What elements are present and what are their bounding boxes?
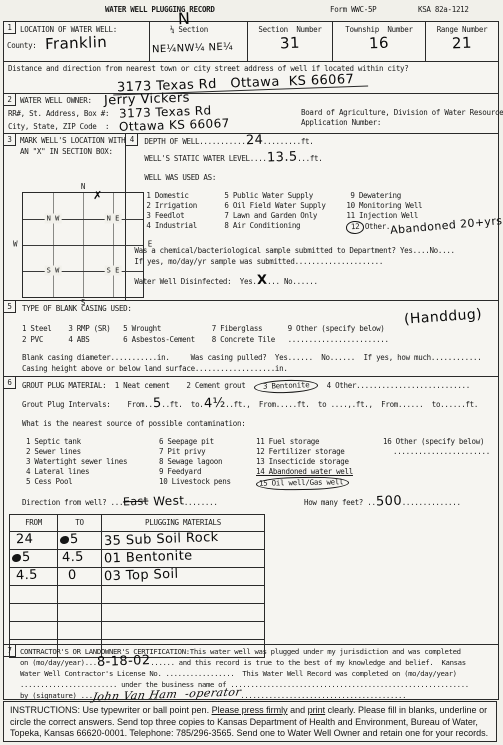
quarter-section-label: ¼ Section <box>150 22 247 35</box>
certification-line-4: ........................ under the busin… <box>4 679 498 690</box>
intervals-label-mid: ..ft. to. <box>161 400 203 409</box>
section6-badge: 6 <box>4 377 16 389</box>
col-header-materials: PLUGGING MATERIALS <box>102 515 265 532</box>
from-cell <box>10 604 58 622</box>
grout-material-label: GROUT PLUG MATERIAL: 1 Neat cement 2 Cem… <box>22 381 254 390</box>
county-field: Franklin <box>45 37 107 49</box>
use-option: 10 Monitoring Well <box>346 201 502 211</box>
section3-badge: 3 <box>4 134 16 146</box>
to-cell: 5 <box>70 534 79 544</box>
casing-options-row-2: 2 PVC 4 ABS 6 Asbestos-Cement 8 Concrete… <box>4 334 498 345</box>
table-row: 5 4.5 01 Bentonite <box>10 550 265 568</box>
section-row-3-4: 3 MARK WELL'S LOCATION WITH AN "X" IN SE… <box>4 133 498 300</box>
contamination-option: 11 Fuel storage <box>256 437 383 447</box>
form-statute: KSA 82a-1212 <box>418 5 469 15</box>
quarter-section-field: NE¼NW¼ NE¼ <box>152 43 234 56</box>
township-number-field: 16 <box>369 38 389 49</box>
contamination-option: 8 Sewage lagoon <box>159 457 256 467</box>
table-row: 24 5 35 Sub Soil Rock <box>10 532 265 550</box>
grout-bentonite-circled: 3 Bentonite <box>254 379 319 394</box>
direction-struck-entry: East <box>123 497 149 508</box>
materials-cell: 01 Bentonite <box>104 551 193 564</box>
board-of-agriculture-label: Board of Agriculture, Division of Water … <box>301 108 503 118</box>
contamination-option: 4 Lateral lines <box>26 467 159 477</box>
uses-column-2: 5 Public Water Supply 6 Oil Field Water … <box>224 191 346 234</box>
disinfected-label-2: ... No...... <box>267 277 318 286</box>
casing-other-field: (Handdug) <box>404 309 483 324</box>
contamination-column-4: 16 Other (specify below) ...............… <box>383 437 498 490</box>
city-state-zip-label: City, State, ZIP Code : <box>8 122 109 131</box>
table-row: 4.5 0 03 Top Soil <box>10 568 265 586</box>
materials-cell: 03 Top Soil <box>104 569 179 582</box>
instructions-underlined-print: print <box>308 705 326 715</box>
form-body: 1 LOCATION OF WATER WELL: County: Frankl… <box>3 21 499 700</box>
materials-cell <box>102 622 265 640</box>
section1-badge: 1 <box>4 22 16 34</box>
disinfected-label: Water Well Disinfected: Yes. <box>134 277 256 286</box>
certification-line-3: Water Well Contractor's License No. ....… <box>4 668 498 679</box>
how-many-feet-field: 500 <box>376 497 402 508</box>
section-location: 1 LOCATION OF WATER WELL: County: Frankl… <box>4 22 498 93</box>
contamination-option: 3 Watertight sewer lines <box>26 457 159 467</box>
uses-column-3: 9 Dewatering 10 Monitoring Well 11 Injec… <box>346 191 502 234</box>
to-cell <box>58 622 102 640</box>
plugging-table-header-row: FROM TO PLUGGING MATERIALS <box>10 515 265 532</box>
certification-line-2: ...... and this record is true to the be… <box>150 658 465 667</box>
mark-location-label-1: MARK WELL'S LOCATION WITH <box>4 134 125 146</box>
contamination-other-label: 16 Other (specify below) <box>383 437 498 447</box>
city-state-zip-field: Ottawa KS 66067 <box>119 118 230 132</box>
section4-badge: 4 <box>126 134 138 146</box>
disinfected-yes-x-mark: X <box>256 276 267 286</box>
application-number-label: Application Number: <box>301 118 381 128</box>
to-cell: 0 <box>68 570 77 580</box>
to-cell <box>58 586 102 604</box>
how-many-feet-label: How many feet? .. <box>304 498 376 507</box>
casing-height-line: Casing height above or below land surfac… <box>4 363 498 374</box>
from-cell: 5 <box>22 552 31 562</box>
address-label: RR#, St. Address, Box #: <box>8 109 109 118</box>
section7-badge: 7 <box>4 645 16 657</box>
use-option-12-circled: 12 <box>346 221 365 235</box>
contamination-option: 1 Septic tank <box>26 437 159 447</box>
feet-dots: .............. <box>402 498 461 507</box>
contamination-other-dots: ....................... <box>383 447 498 457</box>
from-cell <box>10 622 58 640</box>
quadrant-ne-label: N E <box>105 214 122 224</box>
col-header-to: TO <box>58 515 102 532</box>
from-cell <box>10 586 58 604</box>
table-row <box>10 622 265 640</box>
static-level-units: ...ft. <box>297 154 322 163</box>
depth-units: .........ft. <box>263 137 314 146</box>
section-grout-plug: 6 GROUT PLUG MATERIAL: 1 Neat cement 2 C… <box>4 376 498 644</box>
materials-cell: 35 Sub Soil Rock <box>104 533 219 547</box>
contamination-option: 12 Fertilizer storage <box>256 447 383 457</box>
use-option: 3 Feedlot <box>146 211 224 221</box>
mark-location-label-2: AN "X" IN SECTION BOX: <box>4 146 125 157</box>
section-mark-location: 3 MARK WELL'S LOCATION WITH AN "X" IN SE… <box>4 134 126 300</box>
interval-from-field: 5 <box>153 399 162 409</box>
certification-line-1: CONTRACTOR'S OR LANDOWNER'S CERTIFICATIO… <box>4 645 498 657</box>
section-blank-casing: 5 TYPE OF BLANK CASING USED: 1 Steel 3 R… <box>4 300 498 376</box>
contamination-option-15-circled: 15 Oil well/Gas well <box>256 476 350 491</box>
depth-field: 24 <box>245 136 263 147</box>
col-header-from: FROM <box>10 515 58 532</box>
plugging-table: FROM TO PLUGGING MATERIALS 24 5 35 Sub S… <box>9 514 265 658</box>
depth-label: DEPTH OF WELL........... <box>144 137 245 146</box>
section2-badge: 2 <box>4 94 16 106</box>
from-cell: 4.5 <box>16 570 38 581</box>
chem-sample-question-2: If yes, mo/day/yr sample was submitted..… <box>126 256 502 267</box>
quadrant-se-label: S E <box>105 266 122 276</box>
static-level-field: 13.5 <box>266 152 297 163</box>
instructions-text: INSTRUCTIONS: Use typewriter or ball poi… <box>10 705 212 715</box>
contamination-option: 13 Insecticide storage <box>256 457 383 467</box>
certification-date-label: on (mo/day/year)... <box>20 658 97 667</box>
completed-date-field: 8-18-02 <box>97 656 151 668</box>
to-cell <box>58 604 102 622</box>
ink-scribble <box>60 536 69 544</box>
signature-dots: ........................................… <box>240 691 406 700</box>
use-option: 2 Irrigation <box>146 201 224 211</box>
table-row <box>10 604 265 622</box>
table-row <box>10 586 265 604</box>
to-cell: 4.5 <box>62 552 84 563</box>
form-title: WATER WELL PLUGGING RECORD <box>105 5 215 15</box>
intervals-label: Grout Plug Intervals: From.. <box>22 400 153 409</box>
quadrant-nw-label: N W <box>45 214 62 224</box>
contamination-column-2: 6 Seepage pit 7 Pit privy 8 Sewage lagoo… <box>159 437 256 490</box>
signature-label: by (signature) ... <box>20 691 93 700</box>
contamination-option: 10 Livestock pens <box>159 477 256 487</box>
use-option: 6 Oil Field Water Supply <box>224 201 346 211</box>
use-option: 1 Domestic <box>146 191 224 201</box>
form-number: Form WWC-5P <box>330 5 376 15</box>
use-option: 9 Dewatering <box>346 191 502 201</box>
contamination-option: 7 Pit privy <box>159 447 256 457</box>
section-well-details: 4 DEPTH OF WELL...........24.........ft.… <box>126 134 502 300</box>
instructions-box: INSTRUCTIONS: Use typewriter or ball poi… <box>3 701 497 742</box>
compass-west-label: W <box>13 240 17 250</box>
from-cell: 24 <box>16 534 34 545</box>
owner-label: WATER WELL OWNER: <box>20 96 92 105</box>
well-location-x-mark: ✗ <box>92 191 102 201</box>
contamination-option-14-underlined: 14 Abandoned water well <box>256 467 383 477</box>
range-number-field: 21 <box>452 38 472 49</box>
contamination-option: 5 Cess Pool <box>26 477 159 487</box>
casing-diameter-line: Blank casing diameter...........in. Was … <box>4 345 498 363</box>
intervals-label-end: ..ft., From.....ft. to ....,.ft., From..… <box>225 400 478 409</box>
ink-scribble <box>12 554 21 562</box>
materials-cell <box>102 586 265 604</box>
contamination-option: 9 Feedyard <box>159 467 256 477</box>
contamination-option: 6 Seepage pit <box>159 437 256 447</box>
distance-question: Distance and direction from nearest town… <box>8 64 498 74</box>
compass-north-label: N <box>81 182 85 192</box>
scanned-form-page: WATER WELL PLUGGING RECORD Form WWC-5P K… <box>0 0 503 745</box>
static-level-label: WELL'S STATIC WATER LEVEL.... <box>144 154 266 163</box>
direction-dots: ........ <box>184 498 218 507</box>
direction-field: West <box>148 495 184 506</box>
used-as-label: WELL WAS USED AS: <box>126 167 502 183</box>
chem-sample-question: Was a chemical/bacteriological sample su… <box>126 234 502 256</box>
section-owner: 2 WATER WELL OWNER: Jerry Vickers RR#, S… <box>4 93 498 133</box>
contamination-column-1: 1 Septic tank 2 Sewer lines 3 Watertight… <box>26 437 159 490</box>
section-number-field: 31 <box>280 38 300 49</box>
use-other-label: Other. <box>365 222 390 231</box>
section5-badge: 5 <box>4 301 16 313</box>
use-option: 7 Lawn and Garden Only <box>224 211 346 221</box>
section-certification: 7 CONTRACTOR'S OR LANDOWNER'S CERTIFICAT… <box>4 644 498 699</box>
materials-cell <box>102 604 265 622</box>
use-option: 5 Public Water Supply <box>224 191 346 201</box>
interval-to-field: 4½ <box>203 399 225 410</box>
contamination-column-3: 11 Fuel storage 12 Fertilizer storage 13… <box>256 437 383 490</box>
uses-column-1: 1 Domestic 2 Irrigation 3 Feedlot 4 Indu… <box>146 191 224 234</box>
county-label: County: <box>7 41 37 50</box>
use-option: 4 Industrial <box>146 221 224 231</box>
quarter-hw-mark: N <box>178 14 191 24</box>
direction-from-well-label: Direction from well? ... <box>22 498 123 507</box>
grout-other-label: 4 Other........................... <box>318 381 470 390</box>
instructions-underlined-press-firmly: Please press firmly <box>212 705 288 715</box>
contamination-option: 2 Sewer lines <box>26 447 159 457</box>
use-option: 8 Air Conditioning <box>224 221 346 231</box>
quadrant-sw-label: S W <box>45 266 62 276</box>
contamination-question: What is the nearest source of possible c… <box>4 410 498 429</box>
instructions-text: and <box>288 705 308 715</box>
